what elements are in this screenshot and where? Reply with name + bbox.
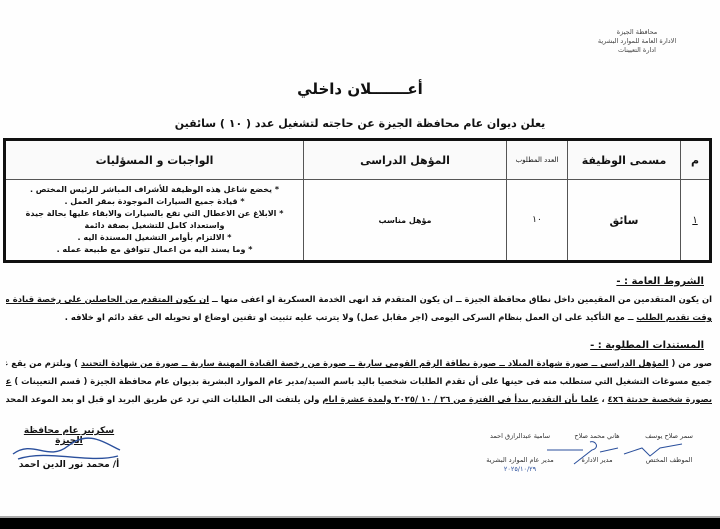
application-period: علما بأن التقديم يبدأ فى الفترة من ٢٦ / … [322, 394, 598, 404]
cell-count: ١٠ [507, 180, 568, 262]
duty-item: الالتزام بأوامر التشغيل المسندة اليه . [12, 232, 297, 244]
duty-item: يخضع شاغل هذه الوظيفة للأشراف المباشر لل… [12, 184, 297, 196]
general-conditions-line-1: ان يكون المتقدمين من المقيمين داخل نطاق … [6, 290, 712, 308]
cell-index: ١ [681, 180, 711, 262]
signature-date: ٢٠٢٥/١٠/٢٩ [470, 465, 570, 473]
signature-scribble-icon [8, 434, 128, 464]
required-documents-line-2: جميع مسوغات التشغيل التي ستطلب منه فى حي… [6, 372, 712, 390]
announcement-document: محافظة الجيزة الادارة العامة للموارد الب… [0, 0, 720, 516]
director-scribble-icon [545, 446, 585, 454]
header-index: م [681, 140, 711, 180]
required-documents-line-1: صور من ( المؤهل الدراسى ــ صورة شهادة ال… [6, 354, 712, 372]
org-governorate: محافظة الجيزة [582, 28, 692, 37]
required-documents-line-3: بصورة شخصية حديثة ٤x٦ ، علما بأن التقديم… [6, 390, 712, 408]
organization-header: محافظة الجيزة الادارة العامة للموارد الب… [582, 28, 692, 55]
org-appointments-dept: ادارة التعيينات [582, 46, 692, 55]
general-conditions-heading: الشروط العامة : - [616, 276, 704, 287]
header-qualification: المؤهل الدراسى [304, 140, 507, 180]
duty-item: قيادة جميع السيارات الموجودة بمقر العمل … [12, 196, 297, 208]
cell-job-title: سائق [568, 180, 681, 262]
bottom-bar [0, 516, 720, 529]
staff-scribble-icon [620, 440, 690, 460]
general-conditions-line-2: وقت تقديم الطلب ــ مع التأكيد على ان الع… [6, 308, 712, 326]
cell-qualification: مؤهل مناسب [304, 180, 507, 262]
duty-item: وما يسند اليه من اعمال تتوافق مع طبيعة ع… [12, 244, 297, 256]
table-row: ١ سائق ١٠ مؤهل مناسب يخضع شاغل هذه الوظي… [5, 180, 711, 262]
duty-item: الابلاغ عن الاعطال التي تقع بالسيارات وا… [12, 208, 297, 232]
license-requirement: ان يكون المتقدم من الحاصلين على رخصة قيا… [6, 294, 209, 304]
required-documents-heading: المستندات المطلوبة : - [590, 340, 704, 351]
page-title: أعـــــــلان داخلي [0, 80, 720, 98]
duties-list: يخضع شاغل هذه الوظيفة للأشراف المباشر لل… [12, 184, 297, 256]
header-count: العدد المطلوب [507, 140, 568, 180]
jobs-table: م مسمى الوظيفة العدد المطلوب المؤهل الدر… [3, 138, 712, 263]
org-hr-department: الادارة العامة للموارد البشرية [582, 37, 692, 46]
header-duties: الواجبات و المسؤليات [5, 140, 304, 180]
table-header-row: م مسمى الوظيفة العدد المطلوب المؤهل الدر… [5, 140, 711, 180]
cell-duties: يخضع شاغل هذه الوظيفة للأشراف المباشر لل… [5, 180, 304, 262]
page-subtitle: يعلن ديوان عام محافظة الجيزة عن حاجته لت… [0, 117, 720, 130]
header-job-title: مسمى الوظيفة [568, 140, 681, 180]
